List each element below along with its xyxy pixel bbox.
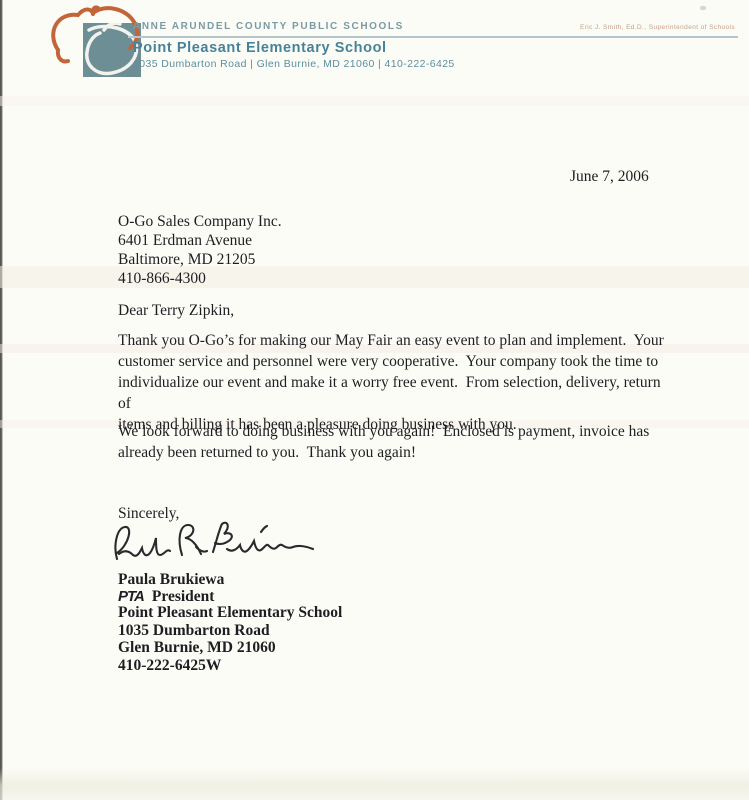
header-divider — [128, 36, 738, 38]
scan-band — [0, 266, 749, 288]
school-address-line: 1035 Dumbarton Road | Glen Burnie, MD 21… — [133, 58, 455, 70]
district-name: ANNE ARUNDEL COUNTY PUBLIC SCHOOLS — [133, 21, 404, 32]
body-paragraph-2: We look forward to doing business with y… — [118, 421, 666, 463]
signer-address-block: Point Pleasant Elementary School 1035 Du… — [118, 604, 342, 674]
signer-role: President — [152, 588, 215, 605]
scan-speck — [700, 6, 706, 10]
school-district-apple-logo-icon — [44, 2, 144, 82]
scan-bottom-edge — [0, 768, 749, 800]
superintendent-line: Eric J. Smith, Ed.D., Superintendent of … — [580, 24, 735, 31]
handwritten-signature — [110, 519, 325, 571]
pta-logo: PTA — [118, 588, 144, 605]
body-paragraph-1: Thank you O-Go’s for making our May Fair… — [118, 330, 666, 435]
recipient-address-block: O-Go Sales Company Inc. 6401 Erdman Aven… — [118, 212, 282, 288]
scanned-letter-page: ANNE ARUNDEL COUNTY PUBLIC SCHOOLS Eric … — [0, 0, 749, 800]
school-name: Point Pleasant Elementary School — [133, 40, 387, 56]
salutation: Dear Terry Zipkin, — [118, 300, 234, 321]
scan-band — [0, 96, 749, 106]
scan-edge-line — [0, 0, 3, 800]
letter-date: June 7, 2006 — [570, 166, 649, 187]
